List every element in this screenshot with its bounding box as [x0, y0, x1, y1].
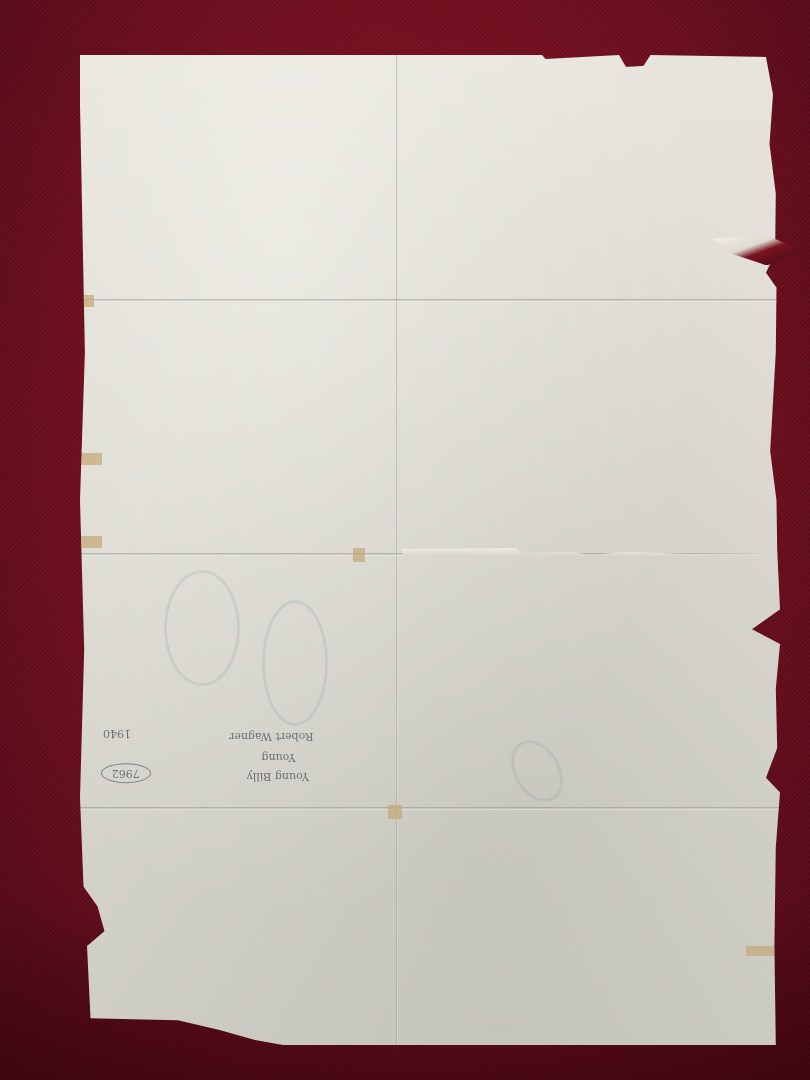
- circled-code: 7962: [101, 763, 151, 783]
- tape-piece: [353, 548, 365, 562]
- handwritten-name: Robert Wagner: [229, 730, 313, 744]
- handwritten-title: Young Billy: [247, 769, 310, 783]
- tape-piece: [80, 295, 94, 307]
- handwritten-notes: Young Billy Young Robert Wagner 1940 796…: [94, 710, 318, 789]
- tape-piece: [746, 946, 774, 956]
- bleed-through-art: [501, 731, 574, 811]
- handwritten-year: 1940: [103, 726, 131, 740]
- horizontal-fold-line-3: [80, 807, 780, 810]
- folded-poster-back: Young Billy Young Robert Wagner 1940 796…: [80, 55, 780, 1045]
- handwritten-subtitle: Young: [261, 750, 295, 764]
- bleed-through-art: [262, 600, 328, 726]
- tape-piece: [80, 536, 102, 548]
- horizontal-fold-line-1: [80, 299, 780, 302]
- tape-piece: [388, 805, 402, 819]
- vertical-fold-line: [396, 55, 398, 1045]
- tape-piece: [80, 453, 102, 465]
- bleed-through-art: [164, 570, 240, 686]
